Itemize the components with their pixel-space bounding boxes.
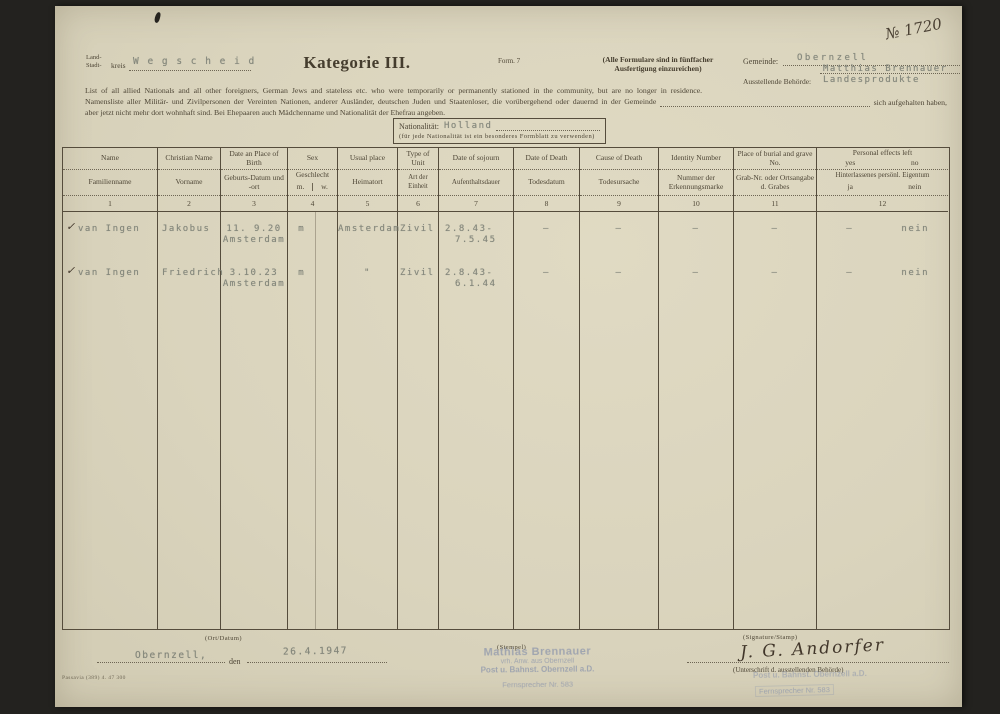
col8-header-en: Date of Death <box>514 148 579 170</box>
col10-header-en: Identity Number <box>659 148 733 170</box>
nationality-fill <box>496 123 600 131</box>
col6-body: Zivil Zivil <box>398 212 438 629</box>
stamp-line3: Post u. Bahnst. Obernzell a.D. <box>440 664 635 675</box>
effects-ja-label: ja <box>818 183 883 192</box>
col9-number: 9 <box>580 196 658 212</box>
col4-body: m m <box>288 212 337 629</box>
sojourn-cell: 2.8.43- 7.5.45 <box>439 224 513 245</box>
col8-number: 8 <box>514 196 579 212</box>
datum-value: 26.4.1947 <box>283 645 348 657</box>
col12-de-subrow: ja nein <box>818 180 947 195</box>
col11-header-en: Place of burial and grave No. <box>734 148 816 170</box>
archive-number: № 1720 <box>884 15 944 44</box>
column-burial: Place of burial and grave No. Grab-Nr. o… <box>734 148 817 629</box>
form-number: Form. 7 <box>498 57 520 65</box>
column-death-date: Date of Death Todesdatum 8 — — <box>514 148 580 629</box>
sojourn-cell: 2.8.43- 6.1.44 <box>439 268 513 289</box>
birth-cell: 11. 9.20 Amsterdam <box>221 224 287 245</box>
col9-body: — — <box>580 212 658 629</box>
col4-sex-subrow: m. w. <box>289 180 336 195</box>
death-date-cell: — <box>514 224 579 235</box>
col3-body: 11. 9.20 Amsterdam 3.10.23 Amsterdam <box>221 212 287 629</box>
col11-number: 11 <box>734 196 816 212</box>
column-usual-place: Usual place Heimatort 5 Amsterdam " <box>338 148 398 629</box>
effects-ja-value: — <box>817 268 883 279</box>
intro-de1-tail: sich aufgehalten haben, <box>874 98 947 107</box>
behoerde-value-line1: Matthias Brennauer <box>823 64 948 74</box>
col7-body: 2.8.43- 7.5.45 2.8.43- 6.1.44 <box>439 212 513 629</box>
behoerde-value-line2: Landesprodukte <box>823 75 920 85</box>
col12-header-en: Personal effects left yes no <box>817 148 948 170</box>
effects-no-label: no <box>883 159 948 168</box>
col6-header-en: Type of Unit <box>398 148 438 170</box>
column-name: Name Familienname 1 ✓ van Ingen ✓ van In… <box>63 148 158 629</box>
nationality-label: Nationalität: <box>399 122 439 131</box>
col9-header-en: Cause of Death <box>580 148 658 170</box>
form-title: Kategorie III. <box>277 53 437 73</box>
ort-fill-line <box>97 650 225 663</box>
col8-header-de: Todesdatum <box>514 170 579 196</box>
effects-cell: — nein <box>817 268 948 279</box>
col7-header-en: Date of sojourn <box>439 148 513 170</box>
col10-header-de: Nummer der Erkennungsmarke <box>659 170 733 196</box>
ort-datum-label: (Ort/Datum) <box>205 635 242 642</box>
name-cell: van Ingen <box>78 224 140 235</box>
column-sex: Sex Geschlecht m. w. 4 m m <box>288 148 338 629</box>
rubber-stamp: Mathias Brennauer vrh. Anw. aus Obernzel… <box>440 645 635 690</box>
col12-header-en-text: Personal effects left <box>853 149 912 158</box>
column-christian-name: Christian Name Vorname 2 Jakobus Friedri… <box>158 148 221 629</box>
effects-nein-value: nein <box>883 224 949 235</box>
col4-number: 4 <box>288 196 337 212</box>
nationality-box: Nationalität: Holland (für jede National… <box>393 118 606 144</box>
stamp-right-line2: Fernsprecher Nr. 583 <box>755 684 834 697</box>
col5-body: Amsterdam " <box>338 212 397 629</box>
behoerde-label: Ausstellende Behörde: <box>743 77 811 86</box>
intro-line-en: List of all allied Nationals and all oth… <box>85 86 947 96</box>
effects-ja-value: — <box>817 224 883 235</box>
column-death-cause: Cause of Death Todesursache 9 — — <box>580 148 659 629</box>
stamp-right-line1: Post u. Bahnst. Obernzell a.D. <box>753 669 867 680</box>
col12-number: 12 <box>817 196 948 212</box>
col5-header-en: Usual place <box>338 148 397 170</box>
col10-body: — — <box>659 212 733 629</box>
effects-nein-label: nein <box>883 183 948 192</box>
col5-number: 5 <box>338 196 397 212</box>
persons-table: Name Familienname 1 ✓ van Ingen ✓ van In… <box>62 147 950 630</box>
intro-de1-fill <box>660 99 869 107</box>
heimatort-cell: Amsterdam <box>338 224 397 235</box>
effects-nein-value: nein <box>883 268 949 279</box>
col6-header-de: Art der Einheit <box>398 170 438 196</box>
nationality-value: Holland <box>444 121 492 131</box>
col4-header-en: Sex <box>288 148 337 170</box>
identity-cell: — <box>659 224 733 235</box>
sex-cell: m <box>288 268 315 279</box>
col1-header-de: Familienname <box>63 170 157 196</box>
column-sojourn: Date of sojourn Aufenthaltsdauer 7 2.8.4… <box>439 148 514 629</box>
intro-line-de2: aber jetzt nicht mehr dort wohnhaft sind… <box>85 108 947 118</box>
col3-header-en: Date an Place of Birth <box>221 148 287 170</box>
col10-number: 10 <box>659 196 733 212</box>
gemeinde-label: Gemeinde: <box>743 57 778 66</box>
burial-cell: — <box>734 224 816 235</box>
copies-note-line1: (Alle Formulare sind in fünffacher <box>573 55 743 64</box>
land-label: Land- <box>86 54 102 61</box>
unit-cell: Zivil <box>398 224 438 235</box>
row-checkmark: ✓ <box>66 222 75 233</box>
col5-header-de: Heimatort <box>338 170 397 196</box>
col3-header-de: Geburts-Datum und -ort <box>221 170 287 196</box>
kreis-label: kreis <box>111 61 126 70</box>
stadt-label: Stadt- <box>86 62 102 69</box>
column-personal-effects: Personal effects left yes no Hinterlasse… <box>817 148 948 629</box>
col12-header-de: Hinterlassenes persönl. Eigentum ja nein <box>817 170 948 196</box>
col1-body: ✓ van Ingen ✓ van Ingen <box>63 212 157 629</box>
sex-cell: m <box>288 224 315 235</box>
intro-de1-text: Namensliste aller Militär- und Zivilpers… <box>85 97 656 107</box>
col1-header-en: Name <box>63 148 157 170</box>
unit-cell: Zivil <box>398 268 438 279</box>
col2-body: Jakobus Friedrich <box>158 212 220 629</box>
col1-number: 1 <box>63 196 157 212</box>
sex-column-divider <box>315 212 316 629</box>
scanned-form-page: № 1720 Land- Stadt- kreis W e g s c h e … <box>55 6 962 707</box>
col2-header-en: Christian Name <box>158 148 220 170</box>
birth-cell: 3.10.23 Amsterdam <box>221 268 287 289</box>
death-cause-cell: — <box>580 224 658 235</box>
copies-note-line2: Ausfertigung einzureichen) <box>573 64 743 73</box>
intro-line-de1: Namensliste aller Militär- und Zivilpers… <box>85 97 947 107</box>
printer-imprint: Passavia (389) 4. 47 300 <box>62 675 126 681</box>
name-cell: van Ingen <box>78 268 140 279</box>
identity-cell: — <box>659 268 733 279</box>
col6-number: 6 <box>398 196 438 212</box>
col7-header-de: Aufenthaltsdauer <box>439 170 513 196</box>
effects-yes-label: yes <box>818 159 883 168</box>
col2-number: 2 <box>158 196 220 212</box>
vorname-cell: Jakobus <box>158 224 220 235</box>
vorname-cell: Friedrich <box>158 268 220 279</box>
death-cause-cell: — <box>580 268 658 279</box>
col12-header-de-text: Hinterlassenes persönl. Eigentum <box>836 171 930 180</box>
col3-number: 3 <box>221 196 287 212</box>
col12-body: — nein — nein <box>817 212 948 629</box>
col11-header-de: Grab-Nr. oder Ortsangabe d. Grabes <box>734 170 816 196</box>
col2-header-de: Vorname <box>158 170 220 196</box>
heimatort-cell: " <box>338 268 397 279</box>
col7-number: 7 <box>439 196 513 212</box>
col9-header-de: Todesursache <box>580 170 658 196</box>
col12-en-subrow: yes no <box>818 158 947 169</box>
death-date-cell: — <box>514 268 579 279</box>
col4-header-de: Geschlecht m. w. <box>288 170 337 196</box>
column-unit: Type of Unit Art der Einheit 6 Zivil Ziv… <box>398 148 439 629</box>
column-birth: Date an Place of Birth Geburts-Datum und… <box>221 148 288 629</box>
col4-header-de-text: Geschlecht <box>296 171 329 180</box>
nationality-note: (für jede Nationalität ist ein besondere… <box>399 133 600 140</box>
sex-female-label: w. <box>313 183 336 192</box>
row-checkmark: ✓ <box>66 266 75 277</box>
col8-body: — — <box>514 212 579 629</box>
burial-cell: — <box>734 268 816 279</box>
effects-cell: — nein <box>817 224 948 235</box>
column-identity-number: Identity Number Nummer der Erkennungsmar… <box>659 148 734 629</box>
col11-body: — — <box>734 212 816 629</box>
den-label: den <box>229 657 241 666</box>
ink-mark <box>154 12 162 24</box>
stamp-line4: Fernsprecher Nr. 583 <box>440 679 635 690</box>
sex-male-label: m. <box>289 183 313 192</box>
kreis-value: W e g s c h e i d <box>133 56 256 67</box>
